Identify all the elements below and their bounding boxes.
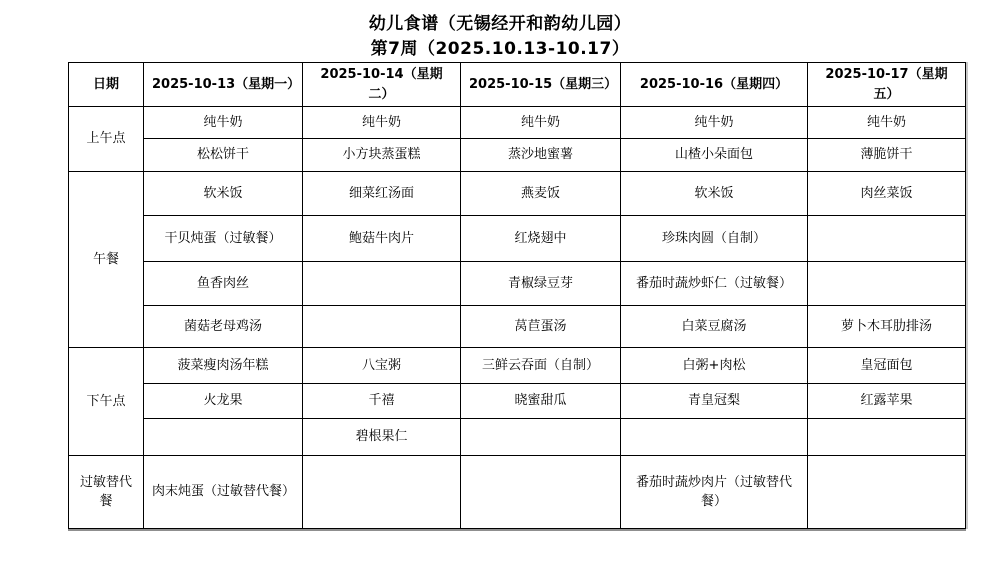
meal-row-label-morning-snack: 上午点 <box>69 107 144 172</box>
menu-cell: 纯牛奶 <box>303 107 461 139</box>
table-row: 松松饼干 小方块蒸蛋糕 蒸沙地蜜薯 山楂小朵面包 薄脆饼干 <box>69 139 966 172</box>
menu-cell: 皇冠面包 <box>808 348 966 384</box>
menu-cell: 纯牛奶 <box>144 107 303 139</box>
menu-cell <box>808 419 966 456</box>
day-header-monday: 2025-10-13（星期一） <box>144 63 303 107</box>
table-row: 午餐 软米饭 细菜红汤面 燕麦饭 软米饭 肉丝菜饭 <box>69 172 966 216</box>
menu-cell: 纯牛奶 <box>621 107 808 139</box>
menu-cell: 软米饭 <box>144 172 303 216</box>
table-row: 碧根果仁 <box>69 419 966 456</box>
menu-cell <box>144 419 303 456</box>
menu-cell: 菌菇老母鸡汤 <box>144 306 303 348</box>
header-row: 日期 2025-10-13（星期一） 2025-10-14（星期二） 2025-… <box>69 63 966 107</box>
page-subtitle: 第7周（2025.10.13-10.17） <box>0 37 1000 62</box>
menu-cell: 番茄时蔬炒虾仁（过敏餐） <box>621 262 808 306</box>
table-row: 下午点 菠菜瘦肉汤年糕 八宝粥 三鲜云吞面（自制） 白粥+肉松 皇冠面包 <box>69 348 966 384</box>
page-header: 幼儿食谱（无锡经开和韵幼儿园） 第7周（2025.10.13-10.17） <box>0 12 1000 61</box>
day-header-friday: 2025-10-17（星期五） <box>808 63 966 107</box>
menu-cell: 八宝粥 <box>303 348 461 384</box>
menu-cell: 燕麦饭 <box>461 172 621 216</box>
menu-cell: 纯牛奶 <box>808 107 966 139</box>
menu-cell: 番茄时蔬炒肉片（过敏替代餐） <box>621 456 808 529</box>
menu-cell: 鱼香肉丝 <box>144 262 303 306</box>
menu-cell: 莴苣蛋汤 <box>461 306 621 348</box>
menu-cell <box>808 262 966 306</box>
menu-cell: 肉末炖蛋（过敏替代餐） <box>144 456 303 529</box>
menu-cell: 松松饼干 <box>144 139 303 172</box>
menu-cell: 肉丝菜饭 <box>808 172 966 216</box>
page-title: 幼儿食谱（无锡经开和韵幼儿园） <box>0 12 1000 37</box>
menu-cell: 细菜红汤面 <box>303 172 461 216</box>
menu-cell: 青椒绿豆芽 <box>461 262 621 306</box>
menu-cell <box>461 456 621 529</box>
meal-row-label-afternoon-snack: 下午点 <box>69 348 144 456</box>
menu-cell: 千禧 <box>303 384 461 419</box>
menu-cell <box>461 419 621 456</box>
menu-cell <box>303 456 461 529</box>
menu-cell <box>303 306 461 348</box>
menu-cell: 薄脆饼干 <box>808 139 966 172</box>
menu-cell: 纯牛奶 <box>461 107 621 139</box>
menu-cell: 萝卜木耳肋排汤 <box>808 306 966 348</box>
menu-cell <box>621 419 808 456</box>
table-row: 菌菇老母鸡汤 莴苣蛋汤 白菜豆腐汤 萝卜木耳肋排汤 <box>69 306 966 348</box>
menu-cell: 晓蜜甜瓜 <box>461 384 621 419</box>
menu-table-container: 日期 2025-10-13（星期一） 2025-10-14（星期二） 2025-… <box>68 62 966 529</box>
menu-cell: 软米饭 <box>621 172 808 216</box>
menu-cell: 蒸沙地蜜薯 <box>461 139 621 172</box>
menu-cell: 红烧翅中 <box>461 216 621 262</box>
menu-cell <box>808 216 966 262</box>
menu-cell: 红露苹果 <box>808 384 966 419</box>
corner-header: 日期 <box>69 63 144 107</box>
menu-cell: 小方块蒸蛋糕 <box>303 139 461 172</box>
table-row: 过敏替代餐 肉末炖蛋（过敏替代餐） 番茄时蔬炒肉片（过敏替代餐） <box>69 456 966 529</box>
meal-row-label-lunch: 午餐 <box>69 172 144 348</box>
table-row: 火龙果 千禧 晓蜜甜瓜 青皇冠梨 红露苹果 <box>69 384 966 419</box>
menu-cell: 青皇冠梨 <box>621 384 808 419</box>
menu-cell <box>808 456 966 529</box>
meal-row-label-allergy-substitute: 过敏替代餐 <box>69 456 144 529</box>
menu-cell: 鲍菇牛肉片 <box>303 216 461 262</box>
table-row: 干贝炖蛋（过敏餐） 鲍菇牛肉片 红烧翅中 珍珠肉圆（自制） <box>69 216 966 262</box>
menu-cell: 菠菜瘦肉汤年糕 <box>144 348 303 384</box>
menu-cell: 火龙果 <box>144 384 303 419</box>
menu-cell: 白粥+肉松 <box>621 348 808 384</box>
menu-cell: 干贝炖蛋（过敏餐） <box>144 216 303 262</box>
menu-cell: 白菜豆腐汤 <box>621 306 808 348</box>
menu-table: 日期 2025-10-13（星期一） 2025-10-14（星期二） 2025-… <box>68 62 966 529</box>
menu-cell: 碧根果仁 <box>303 419 461 456</box>
day-header-tuesday: 2025-10-14（星期二） <box>303 63 461 107</box>
menu-cell: 三鲜云吞面（自制） <box>461 348 621 384</box>
menu-cell: 山楂小朵面包 <box>621 139 808 172</box>
day-header-thursday: 2025-10-16（星期四） <box>621 63 808 107</box>
menu-cell <box>303 262 461 306</box>
table-row: 上午点 纯牛奶 纯牛奶 纯牛奶 纯牛奶 纯牛奶 <box>69 107 966 139</box>
table-row: 鱼香肉丝 青椒绿豆芽 番茄时蔬炒虾仁（过敏餐） <box>69 262 966 306</box>
menu-cell: 珍珠肉圆（自制） <box>621 216 808 262</box>
day-header-wednesday: 2025-10-15（星期三） <box>461 63 621 107</box>
